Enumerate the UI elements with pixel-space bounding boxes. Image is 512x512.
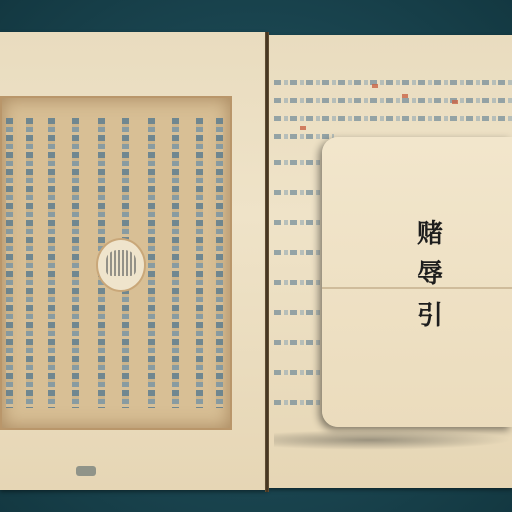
script-line — [274, 370, 324, 375]
red-mark — [372, 84, 378, 88]
script-column — [6, 118, 13, 408]
round-seal — [96, 238, 146, 292]
script-line — [274, 80, 512, 85]
script-line — [274, 134, 334, 139]
card-glyph: 引 — [417, 302, 443, 330]
script-line — [274, 160, 324, 165]
script-column — [72, 118, 79, 408]
script-line — [274, 280, 324, 285]
red-mark — [452, 100, 458, 104]
script-column — [148, 118, 155, 408]
card-glyph: 辱 — [417, 260, 443, 288]
seal-emblem-icon — [106, 250, 136, 276]
script-column — [216, 118, 223, 408]
script-line — [274, 340, 324, 345]
red-mark — [402, 94, 408, 98]
script-column — [196, 118, 203, 408]
script-line — [274, 220, 324, 225]
paper-card: 赌 辱 引 — [322, 137, 512, 427]
script-line — [274, 400, 324, 405]
ink-stain — [76, 466, 96, 476]
script-column — [172, 118, 179, 408]
red-mark — [300, 126, 306, 130]
ink-smudge — [274, 430, 512, 450]
script-line — [274, 98, 512, 103]
book-spine — [265, 32, 269, 492]
script-line — [274, 190, 324, 195]
script-column — [48, 118, 55, 408]
script-line — [274, 310, 324, 315]
script-line — [274, 250, 324, 255]
script-column — [26, 118, 33, 408]
script-line — [274, 116, 512, 121]
card-glyph: 赌 — [417, 220, 443, 248]
